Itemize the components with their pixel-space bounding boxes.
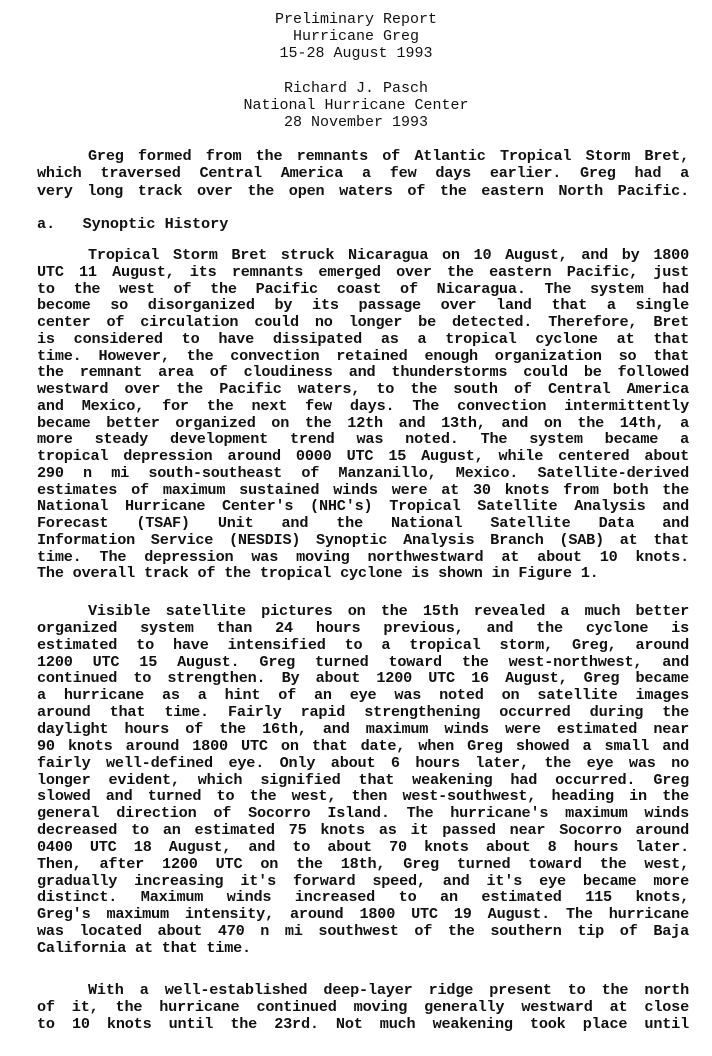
storm-dates: 15-28 August 1993 — [0, 45, 712, 62]
author: Richard J. Pasch — [0, 80, 712, 97]
text-line: became better organized on the 12th and … — [37, 415, 689, 432]
text-line: Greg's maximum intensity, around 1800 UT… — [37, 906, 689, 923]
text-line: around that time. Fairly rapid strengthe… — [37, 704, 689, 721]
text-line: slowed and turned to the west, then west… — [37, 788, 689, 805]
text-line: 90 knots around 1800 UTC on that date, w… — [37, 738, 689, 755]
text-line: UTC 11 August, its remnants emerged over… — [37, 264, 689, 281]
text-line: Visible satellite pictures on the 15th r… — [88, 603, 689, 620]
text-line: distinct. Maximum winds increased to an … — [37, 889, 689, 906]
text-line: Tropical Storm Bret struck Nicaragua on … — [88, 247, 689, 264]
section-heading-synoptic-history: a. Synoptic History — [37, 216, 228, 233]
report-title: Preliminary Report — [0, 11, 712, 28]
document-page: Preliminary Report Hurricane Greg 15-28 … — [0, 0, 712, 1056]
text-line: to the west of the Pacific coast of Nica… — [37, 281, 689, 298]
text-line: the remnant area of cloudiness and thund… — [37, 364, 689, 381]
text-line: organized system than 24 hours previous,… — [37, 620, 689, 637]
text-line: which traversed Central America a few da… — [37, 165, 689, 182]
text-line: 1200 UTC 15 August. Greg turned toward t… — [37, 654, 689, 671]
text-line: time. However, the convection retained e… — [37, 348, 689, 365]
text-line: fairly well-defined eye. Only about 6 ho… — [37, 755, 689, 772]
text-line: time. The depression was moving northwes… — [37, 549, 689, 566]
text-line: 0400 UTC 18 August, and to about 70 knot… — [37, 839, 689, 856]
text-line: Greg formed from the remnants of Atlanti… — [88, 148, 689, 165]
text-line: Forecast (TSAF) Unit and the National Sa… — [37, 515, 689, 532]
text-line: daylight hours of the 16th, and maximum … — [37, 721, 689, 738]
text-line: Information Service (NESDIS) Synoptic An… — [37, 532, 689, 549]
text-line: 290 n mi south-southeast of Manzanillo, … — [37, 465, 689, 482]
text-line: to 10 knots until the 23rd. Not much wea… — [37, 1016, 689, 1033]
text-line: estimates of maximum sustained winds wer… — [37, 482, 689, 499]
text-line: was located about 470 n mi southwest of … — [37, 923, 689, 940]
text-line: very long track over the open waters of … — [37, 183, 689, 200]
text-line: center of circulation could no longer be… — [37, 314, 689, 331]
text-line: of it, the hurricane continued moving ge… — [37, 999, 689, 1016]
text-line: gradually increasing it's forward speed,… — [37, 873, 689, 890]
text-line: tropical depression around 0000 UTC 15 A… — [37, 448, 689, 465]
organization: National Hurricane Center — [0, 97, 712, 114]
text-line: National Hurricane Center's (NHC's) Trop… — [37, 498, 689, 515]
text-line: general direction of Socorro Island. The… — [37, 805, 689, 822]
text-line: and Mexico, for the next few days. The c… — [37, 398, 689, 415]
text-line: a hurricane as a hint of an eye was note… — [37, 687, 689, 704]
text-line: more steady development trend was noted.… — [37, 431, 689, 448]
text-line: westward over the Pacific waters, to the… — [37, 381, 689, 398]
text-line: decreased to an estimated 75 knots as it… — [37, 822, 689, 839]
text-line: With a well-established deep-layer ridge… — [88, 982, 689, 999]
text-line: continued to strengthen. By about 1200 U… — [37, 670, 689, 687]
text-line: The overall track of the tropical cyclon… — [37, 565, 689, 582]
report-date: 28 November 1993 — [0, 114, 712, 131]
text-line: become so disorganized by its passage ov… — [37, 297, 689, 314]
text-line: estimated to have intensified to a tropi… — [37, 637, 689, 654]
text-line: longer evident, which signified that wea… — [37, 772, 689, 789]
text-line: California at that time. — [37, 940, 689, 957]
text-line: Then, after 1200 UTC on the 18th, Greg t… — [37, 856, 689, 873]
text-line: is considered to have dissipated as a tr… — [37, 331, 689, 348]
storm-name: Hurricane Greg — [0, 28, 712, 45]
